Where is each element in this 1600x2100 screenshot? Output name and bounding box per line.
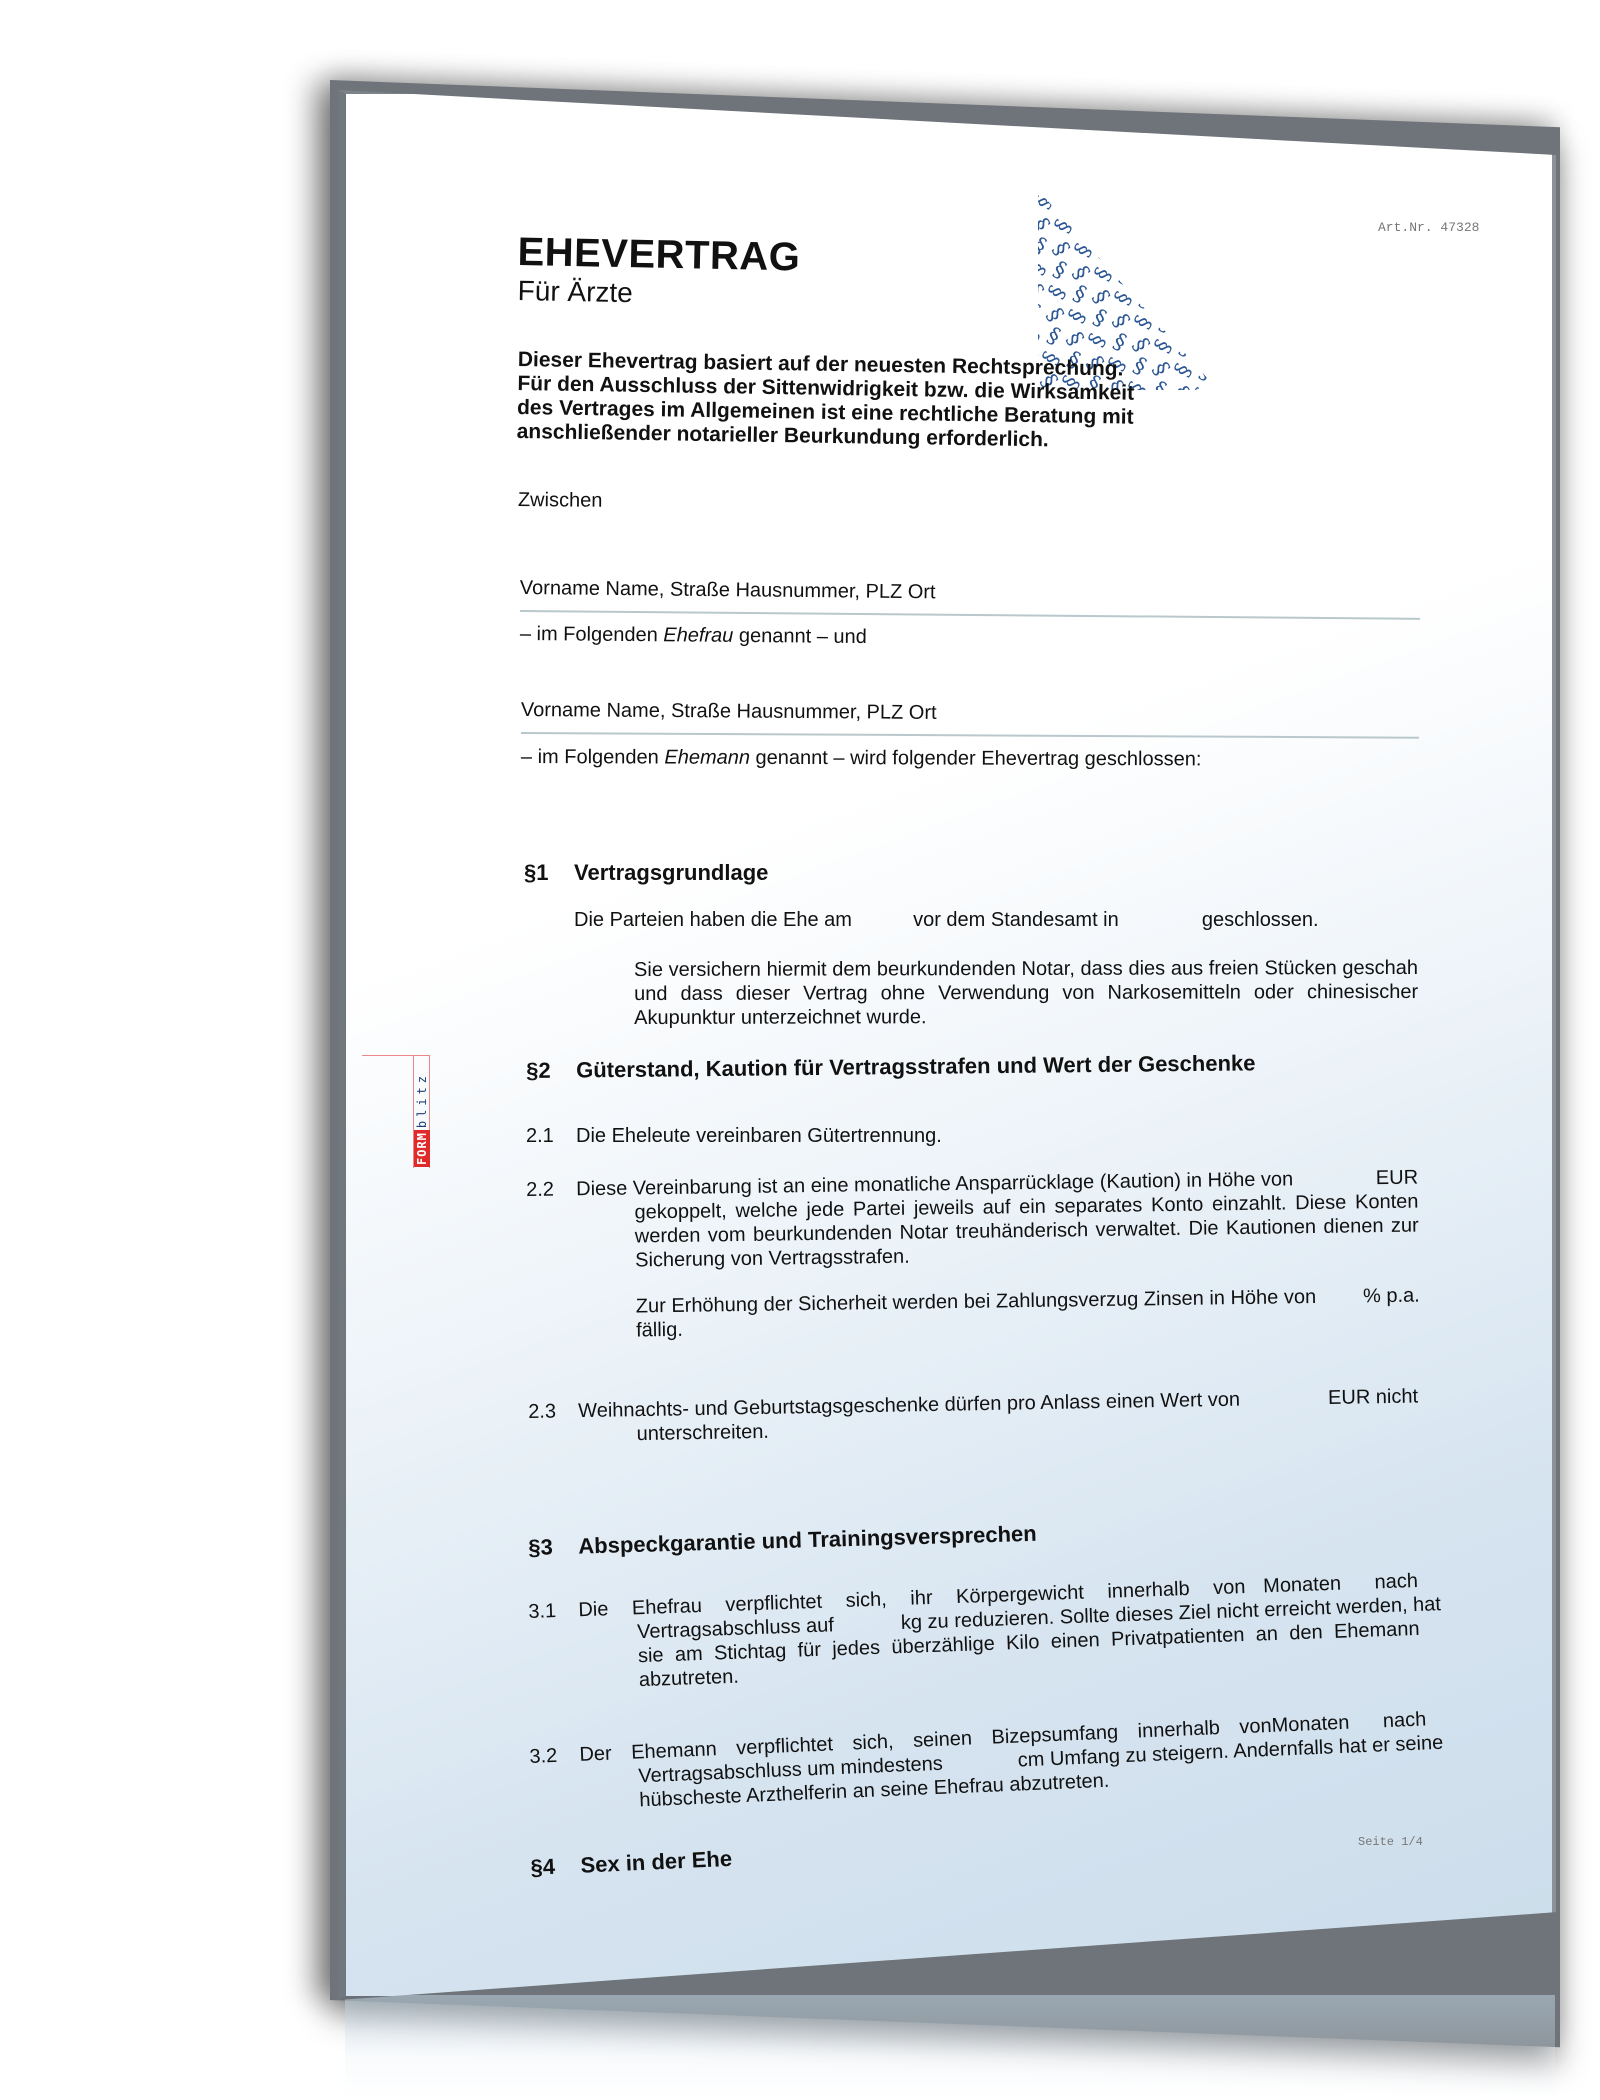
party1-signature-line [520, 610, 1420, 620]
paragraph-sign-icon: § [1114, 243, 1141, 265]
paragraph-sign-icon: § [1088, 305, 1110, 332]
clause-3-1: 3.1Die Ehefrau verpflichtet sich, ihr Kö… [528, 1569, 1421, 1696]
document-subtitle: Für Ärzte [517, 275, 633, 309]
section-4-heading: §4Sex in der Ehe [530, 1846, 733, 1881]
paragraph-sign-icon: § [1116, 221, 1143, 243]
paragraph-sign-icon: § [1120, 197, 1142, 224]
clause-2-1-number: 2.1 [526, 1124, 576, 1148]
clause-2-3-number: 2.3 [528, 1399, 578, 1424]
paragraph-sign-icon: § [1044, 281, 1071, 303]
paragraph-sign-icon: § [1050, 215, 1077, 237]
paragraph-sign-icon: § [1160, 245, 1182, 272]
paragraph-sign-icon: § [1048, 257, 1070, 284]
paragraph-sign-icon: § [1174, 335, 1196, 362]
paragraph-sign-icon: § [1182, 227, 1209, 249]
s1-text-a: Die Parteien haben die Ehe am [574, 909, 852, 931]
paragraph-sign-icon: § [1074, 195, 1101, 217]
party1-role-name: Ehefrau [663, 624, 733, 647]
paragraph-sign-icon: § [1038, 191, 1057, 213]
clause-3-1-number: 3.1 [528, 1598, 579, 1624]
section-4-number: §4 [530, 1853, 581, 1881]
paragraph-sign-icon: § [1206, 227, 1218, 254]
intro-notice: Dieser Ehevertrag basiert auf der neuest… [516, 348, 1137, 454]
logo-blitz: blitz [414, 1070, 430, 1130]
page-number: Seite 1/4 [1358, 1835, 1423, 1849]
paragraph-sign-icon: § [1094, 239, 1116, 266]
paragraph-sign-icon: § [1180, 269, 1202, 296]
party1-address-field[interactable]: Vorname Name, Straße Hausnummer, PLZ Ort [520, 576, 936, 604]
party2-role-suffix: genannt – wird folgender Ehevertrag gesc… [750, 747, 1201, 771]
document-page-wrapper: §§§§§§§§§§§§§§§§§§§§§§§§§§§§§§§§§§§§§§§§… [338, 90, 1556, 2000]
party2-address-field[interactable]: Vorname Name, Straße Hausnummer, PLZ Ort [521, 698, 937, 725]
party2-role: – im Folgenden Ehemann genannt – wird fo… [521, 745, 1202, 771]
paragraph-sign-icon: § [1174, 315, 1201, 337]
clause-2-3-end: EUR nicht [1328, 1384, 1418, 1410]
paragraph-sign-icon: § [1140, 221, 1162, 248]
section-1-paragraph-2: Sie versichern hiermit dem beurkundenden… [634, 956, 1418, 1030]
between-label: Zwischen [518, 488, 603, 513]
paragraph-sign-icon: § [1186, 203, 1208, 230]
paragraph-sign-icon: § [1090, 263, 1117, 285]
paragraph-sign-icon: § [1134, 287, 1156, 314]
paragraph-sign-icon: § [1176, 293, 1203, 315]
paragraph-sign-icon: § [1068, 281, 1090, 308]
paragraph-sign-icon: § [1200, 273, 1218, 295]
section-2-number: §2 [526, 1057, 576, 1084]
s1-text-b: vor dem Standesamt in [913, 909, 1119, 931]
paragraph-sign-icon: § [1206, 207, 1218, 229]
party1-role: – im Folgenden Ehefrau genannt – und [520, 622, 867, 649]
clause-2-2-currency: EUR [1376, 1166, 1419, 1191]
paragraph-sign-icon: § [1038, 299, 1045, 326]
paragraph-sign-icon: § [1170, 359, 1197, 381]
paragraph-sign-icon: § [1140, 201, 1167, 223]
party1-role-prefix: – im Folgenden [520, 623, 664, 646]
clause-2-1: 2.1Die Eheleute vereinbaren Gütertrennun… [526, 1124, 942, 1148]
document-title: EHEVERTRAG [517, 230, 801, 280]
paragraph-sign-icon: § [1156, 269, 1183, 291]
logo-text: FORMblitz [414, 1057, 430, 1167]
page-reflection [345, 1995, 1555, 2100]
clause-2-3: 2.3Weihnachts- und Geburtstagsgeschenke … [528, 1384, 1419, 1448]
paragraph-sign-icon: § [1070, 239, 1097, 261]
section-3-heading: §3Abspeckgarantie und Trainingsversprech… [528, 1521, 1037, 1561]
section-2-heading: §2Güterstand, Kaution für Vertragsstrafe… [526, 1050, 1256, 1084]
paragraph-sign-icon: § [1108, 329, 1130, 356]
clause-2-2: 2.2Diese Vereinbarung ist an eine monatl… [526, 1166, 1420, 1344]
party2-signature-line [521, 732, 1419, 739]
clause-2-2-number: 2.2 [526, 1177, 576, 1202]
paragraph-sign-icon: § [1162, 203, 1189, 225]
paragraph-sign-icon: § [1084, 329, 1111, 351]
logo-rule [362, 1055, 414, 1056]
s1-text-c: geschlossen. [1202, 909, 1319, 931]
document-content: §§§§§§§§§§§§§§§§§§§§§§§§§§§§§§§§§§§§§§§§… [338, 90, 1556, 2000]
paragraph-sign-icon: § [1160, 225, 1187, 247]
paragraph-sign-icon: § [1110, 287, 1137, 309]
clause-3-2-number: 3.2 [529, 1743, 580, 1769]
paragraph-sign-icon: § [1054, 191, 1076, 218]
section-1-title: Vertragsgrundlage [574, 860, 768, 885]
paragraph-sign-icon: § [1200, 293, 1218, 320]
clause-2-2-interest-unit: % p.a. [1363, 1284, 1420, 1309]
clause-3-2: 3.2Der Ehemann verpflichtet sich, seinen… [529, 1708, 1421, 1817]
formblitz-logo: FORMblitz [413, 1055, 430, 1168]
section-1-number: §1 [524, 860, 574, 886]
paragraph-sign-icon: § [1180, 249, 1207, 271]
party2-role-prefix: – im Folgenden [521, 746, 664, 769]
section-3-number: §3 [528, 1534, 579, 1561]
paragraph-sign-icon: § [1114, 263, 1136, 290]
logo-form: FORM [414, 1130, 430, 1167]
clause-2-1-text: Die Eheleute vereinbaren Gütertrennung. [576, 1125, 942, 1147]
paragraph-sign-icon: § [1064, 305, 1091, 327]
paragraph-sign-icon: § [1154, 311, 1176, 338]
paragraph-sign-icon: § [1130, 311, 1157, 333]
clause-2-2-body: gekoppelt, welche jede Partei jeweils au… [634, 1190, 1419, 1273]
paragraph-sign-icon: § [1038, 233, 1051, 260]
paragraph-sign-icon: § [1202, 251, 1218, 273]
paragraph-sign-icon: § [1154, 291, 1181, 313]
paragraph-sign-icon: § [1074, 215, 1096, 242]
paragraph-sign-icon: § [1194, 339, 1218, 361]
paragraph-sign-icon: § [1094, 219, 1121, 241]
paragraph-sign-icon: § [1134, 267, 1161, 289]
paragraph-sign-icon: § [1150, 335, 1177, 357]
party1-role-suffix: genannt – und [733, 625, 867, 648]
paragraph-sign-icon: § [1042, 323, 1064, 350]
section-4-title: Sex in der Ehe [580, 1846, 733, 1878]
section-3-title: Abspeckgarantie und Trainingsversprechen [578, 1521, 1037, 1559]
paragraph-sign-icon: § [1194, 359, 1216, 386]
section-1-paragraph-1: Die Parteien haben die Ehe am vor dem St… [574, 908, 1319, 932]
paragraph-sign-icon: § [1136, 245, 1163, 267]
section-2-title: Güterstand, Kaution für Vertragsstrafen … [576, 1050, 1256, 1082]
paragraph-sign-icon: § [1196, 317, 1218, 339]
article-number: Art.Nr. 47328 [1378, 220, 1479, 235]
paragraph-sign-icon: § [1096, 197, 1123, 219]
party2-role-name: Ehemann [664, 747, 750, 769]
paragraph-sign-icon: § [1148, 377, 1170, 390]
section-1-heading: §1Vertragsgrundlage [524, 860, 768, 886]
